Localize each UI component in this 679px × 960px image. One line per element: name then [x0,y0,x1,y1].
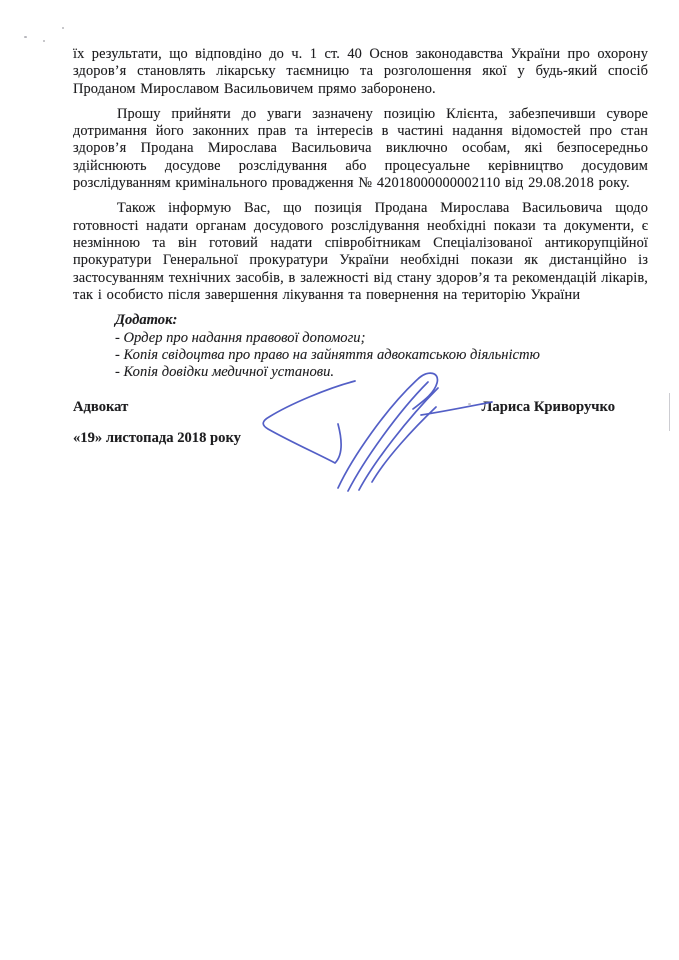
scan-speck [43,40,45,42]
handwritten-signature-icon [256,360,501,495]
scan-speck [62,27,64,29]
paragraph-medical-secrecy: їх результати, що відповдіно до ч. 1 ст.… [73,46,648,98]
paragraph-testimony-readiness: Також інформую Вас, що позиція Продана М… [73,200,648,304]
signatory-name: Лариса Криворучко [482,398,615,416]
signatory-role: Адвокат [73,398,128,416]
signature-strokes [263,373,492,491]
paragraph-client-position: Прошу прийняти до уваги зазначену позиці… [73,106,648,192]
scanned-letter-page: їх результати, що відповдіно до ч. 1 ст.… [0,0,679,960]
scan-speck [24,36,27,38]
attachment-item-order: - Ордер про надання правової допомоги; [115,330,648,347]
scan-artifact-line [669,393,670,431]
attachments-heading: Додаток: [115,312,648,329]
